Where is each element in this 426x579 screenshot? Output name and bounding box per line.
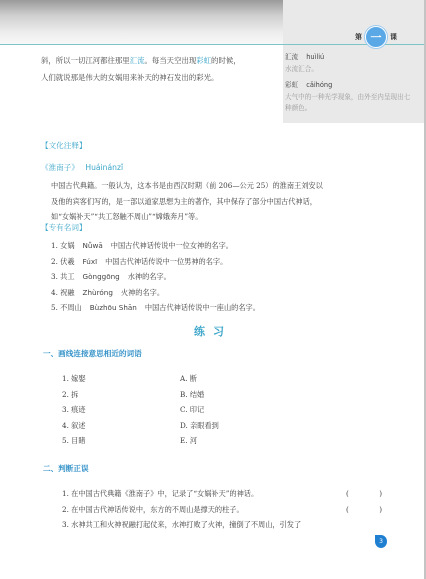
tf-item: 1. 在中国古代典籍《淮南子》中，记录了“女娲补天”的神话。 () (62, 486, 382, 502)
culture-note-pinyin: Huáinánzǐ (85, 163, 123, 172)
list-item: 3. 共工Gònggōng水神的名字。 (51, 269, 391, 285)
glossary-pinyin: huìliú (306, 53, 324, 61)
header-band (0, 0, 283, 44)
glossary-term: 彩虹 (285, 81, 298, 89)
glossary-term: 汇流 (285, 53, 298, 61)
matching-row: 3. 痕迹C. 印记 (62, 402, 262, 418)
true-false-exercise: 1. 在中国古代典籍《淮南子》中，记录了“女娲补天”的神话。 () 2. 在中国… (62, 486, 382, 533)
tf-item: 2. 在中国古代神话传说中，东方的不周山是撑天的柱子。 () (62, 502, 382, 518)
proper-nouns-label: 【专有名词】 (41, 222, 87, 233)
glossary-entry: 汇流huìliú 水流汇合。 (285, 52, 415, 75)
highlight-word: 汇流 (130, 56, 145, 65)
lesson-badge: 第 一 课 (355, 27, 397, 47)
exercises-title: 练习 (0, 323, 426, 339)
list-item: 1. 女娲Nǚwā中国古代神话传说中一位女神的名字。 (51, 238, 391, 254)
matching-row: 5. 目睹E. 河 (62, 433, 262, 449)
glossary: 汇流huìliú 水流汇合。 彩虹cǎihóng 大气中的一种光学现象，由外至内… (285, 52, 415, 120)
story-text: 斜，所以一切江河都往那里汇流。每当天空出现彩虹的时候， 人们就说那是伟大的女娲用… (41, 52, 281, 86)
list-item: 5. 不周山Bùzhōu Shān中国古代神话传说中一座山的名字。 (51, 300, 391, 316)
list-item: 2. 伏羲Fúxī中国古代神话传说中一位男神的名字。 (51, 254, 391, 270)
lesson-number-circle: 一 (365, 26, 387, 48)
lesson-prefix: 第 (355, 32, 362, 42)
proper-nouns-list: 1. 女娲Nǚwā中国古代神话传说中一位女神的名字。 2. 伏羲Fúxī中国古代… (51, 238, 391, 316)
page-number: 3 (375, 535, 387, 548)
story-line-2: 人们就说那是伟大的女娲用来补天的神石发出的彩光。 (41, 69, 281, 86)
culture-note-body: 中国古代典籍。一般认为，这本书是由西汉时期（前 206—公元 25）的淮南王刘安… (51, 178, 381, 225)
matching-row: 2. 拆B. 结婚 (62, 387, 262, 403)
matching-row: 4. 叙述D. 亲眼看到 (62, 418, 262, 434)
culture-note-title: 《淮南子》 Huáinánzǐ (41, 162, 123, 173)
glossary-definition: 水流汇合。 (285, 64, 415, 76)
list-item: 4. 祝融Zhùróng火神的名字。 (51, 285, 391, 301)
tf-item: 3. 水神共工和火神祝融打起仗来，水神打败了火神，撞倒了不周山，引发了 (62, 517, 382, 533)
answer-blank[interactable]: () (346, 486, 382, 502)
story-line-1: 斜，所以一切江河都往那里汇流。每当天空出现彩虹的时候， (41, 52, 281, 69)
matching-exercise: 1. 嫁娶A. 断 2. 拆B. 结婚 3. 痕迹C. 印记 4. 叙述D. 亲… (62, 371, 262, 449)
exercise-2-heading: 二、判断正误 (43, 463, 89, 474)
highlight-word: 彩虹 (196, 56, 211, 65)
answer-blank[interactable]: () (346, 502, 382, 518)
glossary-definition: 大气中的一种光学现象，由外至内呈现出七种颜色。 (285, 92, 415, 115)
glossary-entry: 彩虹cǎihóng 大气中的一种光学现象，由外至内呈现出七种颜色。 (285, 80, 415, 115)
exercise-1-heading: 一、画线连接意思相近的词语 (43, 348, 142, 359)
glossary-pinyin: cǎihóng (306, 81, 332, 89)
matching-row: 1. 嫁娶A. 断 (62, 371, 262, 387)
lesson-suffix: 课 (390, 32, 397, 42)
culture-notes-label: 【文化注释】 (41, 140, 87, 151)
lesson-number: 一 (371, 29, 382, 45)
